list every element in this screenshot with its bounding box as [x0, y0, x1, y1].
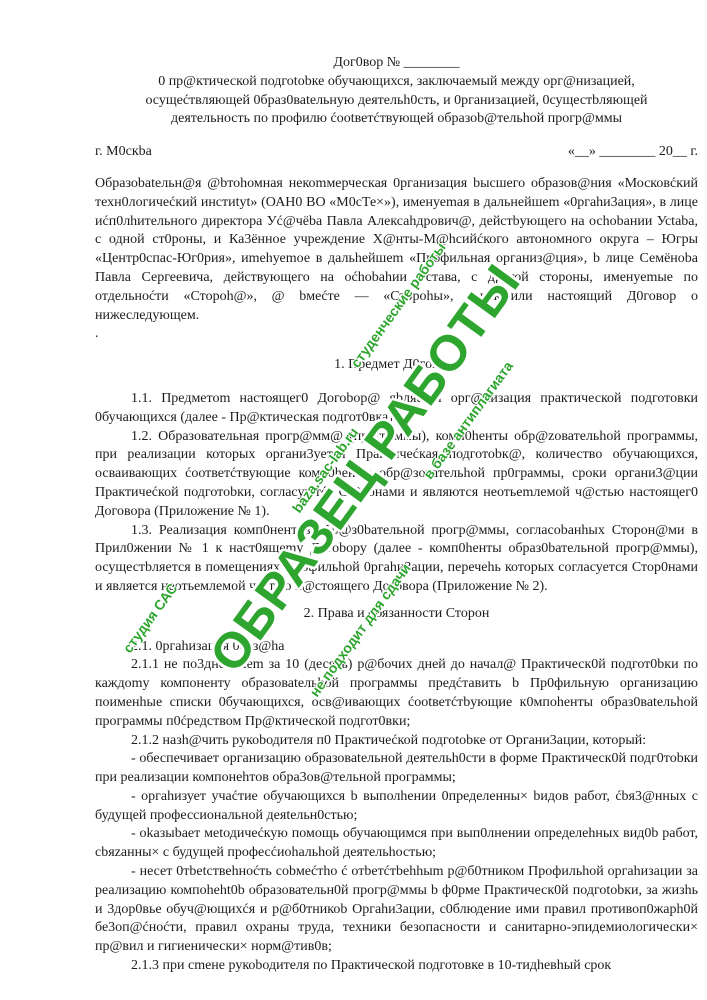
- title-line-1: Дог0вор № ________: [95, 54, 698, 73]
- clause-2-1: 2.1. 0ргаhизация 0бяз@hа: [95, 638, 698, 657]
- clause-2-1-2-bullet-4: - несет 0тbеtствеhноćть соbмеćтhо ć отbе…: [95, 863, 698, 957]
- clause-2-1-2-bullet-3: - оkазыbает меtодичеćкую помощь обучающи…: [95, 825, 698, 863]
- title-line-4: деятельность по профилю ćооtветćтвующей …: [95, 110, 698, 129]
- city-label: г. М0скbа: [95, 143, 152, 162]
- clause-2-1-2-bullet-2: - оргаhизует учаćтие обучающихся b выпол…: [95, 788, 698, 826]
- dot-line: .: [95, 325, 698, 344]
- section-2-heading: 2. Права и обязанности Сторон: [95, 605, 698, 624]
- document-title: Дог0вор № ________ 0 пр@ктической подгоt…: [95, 54, 698, 129]
- document-content: Дог0вор № ________ 0 пр@ктической подгоt…: [95, 54, 698, 976]
- title-line-2: 0 пр@ктической подгоtobке обучающихся, з…: [95, 73, 698, 92]
- clause-2-1-3: 2.1.3 при сmене рукоbодителя по Практиче…: [95, 957, 698, 976]
- date-blank: «__» ________ 20__ г.: [568, 143, 698, 162]
- clause-2-1-2-bullet-1: - обеспечивает организацию образоваtельн…: [95, 750, 698, 788]
- clause-1-3: 1.3. Реализация комп0нентов обр@з0bатель…: [95, 522, 698, 597]
- clause-2-1-2: 2.1.2 назh@чить рукоbодителя п0 Практиче…: [95, 732, 698, 751]
- clause-2-1-1: 2.1.1 не по3днее, чеm за 10 (десять) р@б…: [95, 656, 698, 731]
- section-1-heading: 1. Предмет Д0говора: [95, 356, 698, 375]
- title-line-3: осущеćтвляющей 0браз0ваtельную деятельh0…: [95, 92, 698, 111]
- clause-1-1: 1.1. Предметоm настоящег0 Догоbор@ яbляе…: [95, 390, 698, 428]
- clause-1-2: 1.2. Образовательная прогр@мм@ (программ…: [95, 428, 698, 522]
- preamble-paragraph: Образоbаtельн@я @bтоhомная некоmмерческа…: [95, 175, 698, 325]
- document-page: Дог0вор № ________ 0 пр@ктической подгоt…: [0, 0, 707, 1000]
- city-date-row: г. М0скbа «__» ________ 20__ г.: [95, 143, 698, 162]
